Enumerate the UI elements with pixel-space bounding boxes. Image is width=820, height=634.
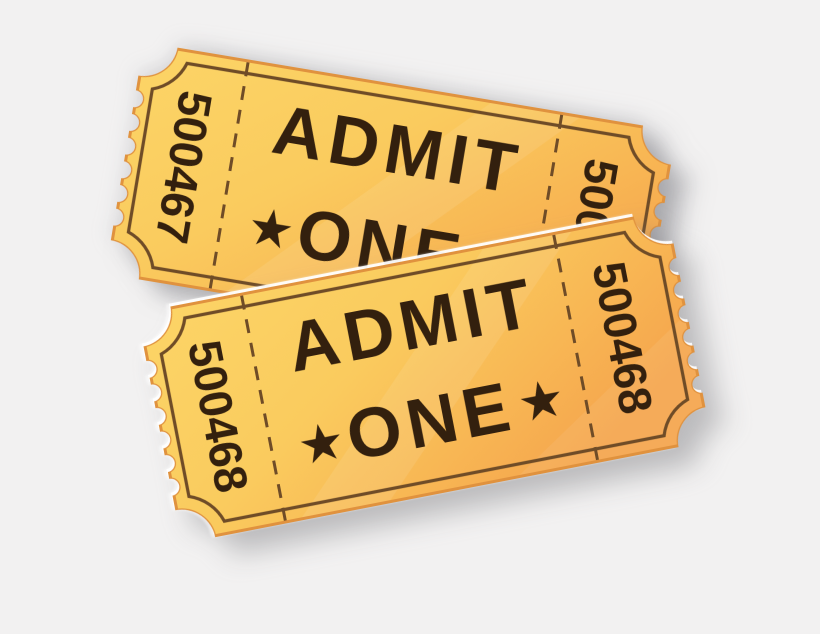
tickets-illustration: 500467 500467 ADMIT ★ ONE ★ bbox=[0, 0, 820, 634]
star-left-icon: ★ bbox=[246, 199, 295, 257]
